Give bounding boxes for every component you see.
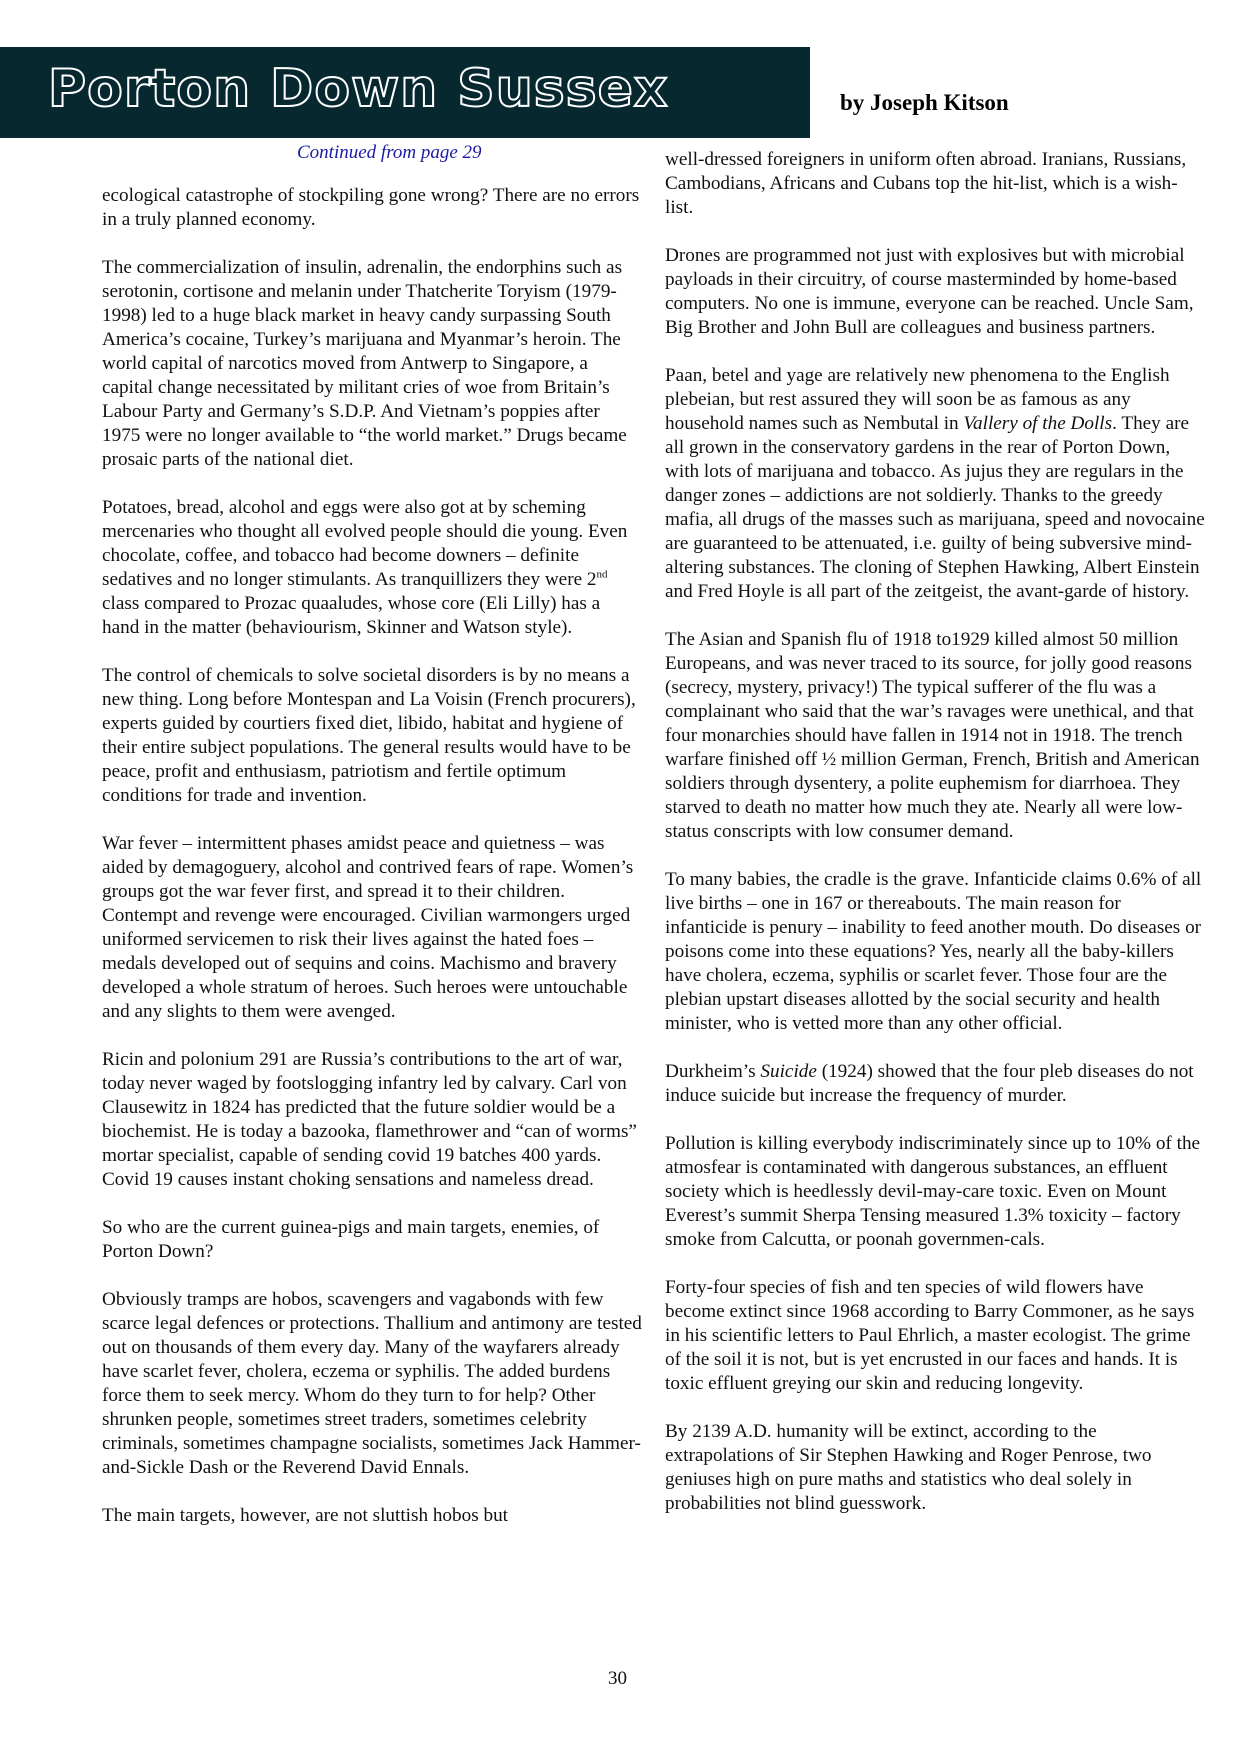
paragraph-text: Durkheim’s (665, 1061, 760, 1082)
paragraph: Drones are programmed not just with expl… (665, 244, 1205, 340)
paragraph: ecological catastrophe of stockpiling go… (102, 184, 642, 232)
right-column: well-dressed foreigners in uniform often… (665, 148, 1205, 1540)
paragraph-text: class compared to Prozac quaaludes, whos… (102, 593, 600, 638)
continued-from-note: Continued from page 29 (297, 142, 482, 164)
paragraph: Paan, betel and yage are relatively new … (665, 364, 1205, 604)
book-title: Vallery of the Dolls (963, 413, 1112, 434)
paragraph: Durkheim’s Suicide (1924) showed that th… (665, 1060, 1205, 1108)
paragraph: The control of chemicals to solve societ… (102, 664, 642, 808)
paragraph: Obviously tramps are hobos, scavengers a… (102, 1288, 642, 1480)
left-column: ecological catastrophe of stockpiling go… (102, 184, 642, 1552)
author-byline: by Joseph Kitson (840, 90, 1009, 116)
paragraph: By 2139 A.D. humanity will be extinct, a… (665, 1420, 1205, 1516)
paragraph: War fever – intermittent phases amidst p… (102, 832, 642, 1024)
title-banner: Porton Down Sussex (0, 47, 810, 138)
paragraph: well-dressed foreigners in uniform often… (665, 148, 1205, 220)
paragraph: The Asian and Spanish flu of 1918 to1929… (665, 628, 1205, 844)
article-title: Porton Down Sussex (48, 59, 668, 119)
paragraph: The main targets, however, are not slutt… (102, 1504, 642, 1528)
paragraph-text: Potatoes, bread, alcohol and eggs were a… (102, 497, 627, 590)
paragraph: Potatoes, bread, alcohol and eggs were a… (102, 496, 642, 640)
paragraph: To many babies, the cradle is the grave.… (665, 868, 1205, 1036)
paragraph-text: . They are all grown in the conservatory… (665, 413, 1205, 602)
page-number: 30 (608, 1668, 627, 1690)
paragraph: The commercialization of insulin, adrena… (102, 256, 642, 472)
paragraph: So who are the current guinea-pigs and m… (102, 1216, 642, 1264)
paragraph: Forty-four species of fish and ten speci… (665, 1276, 1205, 1396)
paragraph: Ricin and polonium 291 are Russia’s cont… (102, 1048, 642, 1192)
paragraph: Pollution is killing everybody indiscrim… (665, 1132, 1205, 1252)
superscript: nd (597, 569, 608, 581)
book-title: Suicide (760, 1061, 816, 1082)
